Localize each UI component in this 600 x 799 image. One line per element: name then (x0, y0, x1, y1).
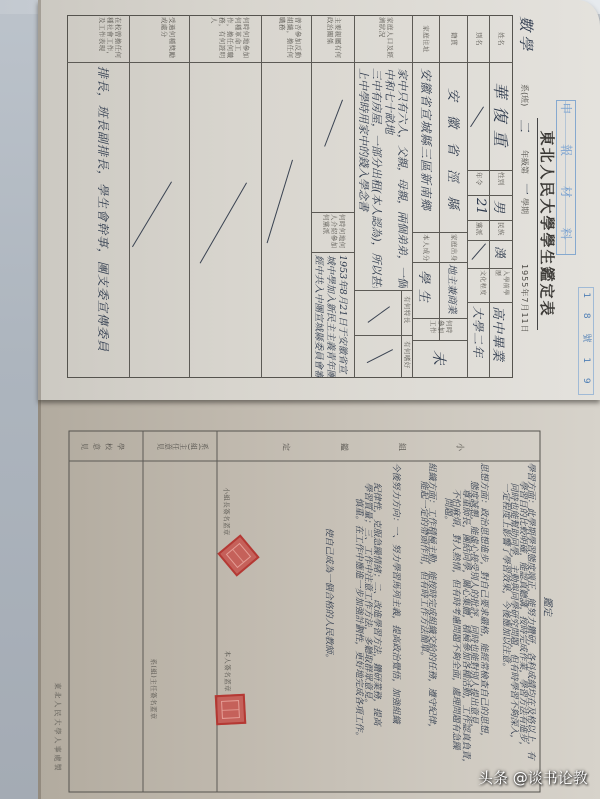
specialty-label: 有何特長 (403, 296, 411, 324)
table-rule (468, 220, 513, 221)
table-rule (312, 252, 355, 253)
alias-label: 別名 (475, 18, 483, 60)
family-origin-label: 家庭出身 (450, 234, 458, 262)
table-rule (216, 430, 217, 792)
ethnicity-label: 民族 (497, 222, 505, 236)
grade-label: 年級第 (519, 150, 530, 174)
hobby-label: 有何嗜好 (403, 341, 411, 369)
department-head-signature-label: 系(組)主任簽名蓋章 (149, 658, 157, 719)
table-rule (468, 302, 513, 303)
archive-stamp-text: 申 報 材 料 (559, 102, 573, 252)
background-surface (0, 0, 42, 799)
table-rule (189, 15, 190, 378)
education-level-label: 文化程度 (478, 270, 486, 301)
appraisal-form-page-2: 鑑定 小組鑑定 系(組)主任意見 學校意見 學習方面：此學期學習態度端正，能努力… (38, 400, 600, 799)
seal-inner (225, 542, 250, 567)
grade-value: 二 (516, 119, 535, 132)
native-place-label: 籍貫 (450, 18, 458, 60)
form-date: 1955年7月11日 (519, 264, 530, 334)
file-number-stamp: 1 8 號 1 9 (578, 287, 594, 395)
file-number-text: 1 8 號 1 9 (581, 292, 591, 389)
table-rule (67, 62, 513, 63)
address-label: 家庭住址 (422, 18, 430, 60)
table-rule (354, 15, 355, 378)
stamp-center-line (565, 101, 566, 254)
table-rule (261, 15, 262, 378)
seal-inner (221, 700, 240, 719)
appraisal-line: 一定程度上影響了學習效果，今後應加以注意。 (500, 482, 513, 790)
form-sheet-rotated: 申 報 材 料 1 8 號 1 9 東北人民大學學生鑑定表 數學 系(班) 二 … (38, 0, 600, 400)
party-join-line: 1953年8月21日于安徽省宣 (337, 255, 351, 377)
term-label: 學期 (519, 198, 530, 214)
family-economy-line: 上中學時用家中的錢入學念書 (356, 68, 372, 288)
table-rule (129, 15, 130, 378)
table-rule (413, 262, 468, 263)
native-place-value: 安徽省涇縣 (445, 88, 464, 223)
appraisal-form-page-1: 申 報 材 料 1 8 號 1 9 東北人民大學學生鑑定表 數學 系(班) 二 … (38, 0, 600, 400)
school-opinion-label: 學校意見 (76, 441, 124, 451)
party-join-label: 何時何地何人介紹參加何黨派 (322, 214, 346, 251)
table-rule (68, 460, 540, 461)
name-label: 姓名 (497, 18, 505, 60)
personal-seal (214, 693, 246, 725)
table-rule (401, 290, 402, 378)
term-value: 一 (518, 182, 535, 194)
appraisal-line: 慎重。在工作中應進一步加強計劃性，更好地完成各項工作。 (353, 497, 366, 790)
department-value: 數學 (516, 16, 537, 54)
self-signature-label: 本人簽名蓋章 (223, 650, 231, 691)
appraisal-line: 使自己成為一個合格的人民教師。 (323, 527, 336, 790)
gender-label: 性別 (497, 172, 505, 186)
department-label: 系(班) (519, 84, 530, 106)
work-start-label: 何時參加工作 (429, 320, 453, 338)
personal-status-label: 本人成分 (422, 234, 430, 262)
name-value: 華復重 (490, 82, 513, 154)
education-level-value: 大學二年 (470, 306, 487, 358)
party-join-line: 經中共入中團宣城縣委員會審查 (313, 255, 327, 377)
party-label: 黨派 (475, 222, 483, 236)
table-rule (142, 430, 143, 792)
social-work-value: 排長，班長副排長，學生會幹事，團支委宣傳委員 (95, 66, 112, 376)
prior-education-value: 高中畢業 (490, 306, 509, 362)
form-title: 東北人民大學學生鑑定表 (537, 118, 555, 330)
table-rule (413, 318, 468, 319)
group-appraisal-label: 小組鑑定 (232, 441, 464, 452)
appraisal-line: 今後努力方向：一、努力學習馬列主義，提高政治覺悟，加強組織 (390, 462, 403, 790)
ethnicity-value: 漢 (492, 246, 509, 258)
family-origin-value: 地主兼商業 (446, 264, 461, 314)
table-rule (412, 15, 413, 378)
group-leader-signature-label: 小組長簽名蓋章 (222, 487, 230, 535)
table-rule (311, 15, 312, 378)
table-rule (355, 290, 413, 291)
family-economy-label: 家庭人口及經濟狀況 (378, 17, 394, 61)
appraisal-heading: 鑑定 (541, 596, 556, 616)
table-rule (439, 15, 440, 340)
archive-stamp: 申 報 材 料 (556, 100, 576, 255)
appraisal-line: 問題。 (442, 497, 455, 790)
prior-education-label: 入學前學歷 (493, 270, 509, 301)
age-label: 年令 (475, 172, 483, 186)
table-rule (413, 232, 468, 233)
table-rule (468, 268, 513, 269)
address-value: 安徽省宣城縣三區新南鄉 (418, 68, 435, 211)
revolutionary-work-label: 何時何地參加何種革命工作，擔任何職務，有何證明人 (210, 17, 250, 61)
appraisal-line: 能起一定的帶頭作用，但有時工作方法簡單。 (418, 480, 431, 790)
table-rule (355, 335, 413, 336)
work-start-value: 未 (429, 350, 450, 365)
table-rule (468, 195, 513, 196)
table-rule (413, 340, 468, 341)
source-watermark: 头条 @谈书论教 (478, 767, 588, 788)
rewards-label: 受過何種獎勵或處分 (160, 17, 176, 61)
party-join-line: 城中學加入新民主主義青年團 (325, 255, 339, 377)
table-rule (468, 170, 513, 171)
age-value: 21 (473, 198, 488, 215)
form-footer-publisher: 東北人民大學人事處製 (53, 682, 61, 772)
social-work-label: 在校曾擔任何種社會工作，及工作表現 (98, 17, 122, 61)
personal-status-value: 學生 (416, 270, 435, 308)
table-rule (312, 212, 355, 213)
department-opinion-label: 系(組)主任意見 (157, 441, 208, 451)
gender-value: 男 (491, 200, 510, 213)
reactionary-org-label: 曾否參加反動組織，擔任何職務 (278, 17, 302, 61)
table-rule (467, 15, 468, 378)
form-sheet-rotated: 鑑定 小組鑑定 系(組)主任意見 學校意見 學習方面：此學期學習態度端正，能努力… (38, 400, 600, 799)
table-rule (468, 240, 513, 241)
relations-label: 主要親屬有何政治關係 (326, 17, 342, 61)
